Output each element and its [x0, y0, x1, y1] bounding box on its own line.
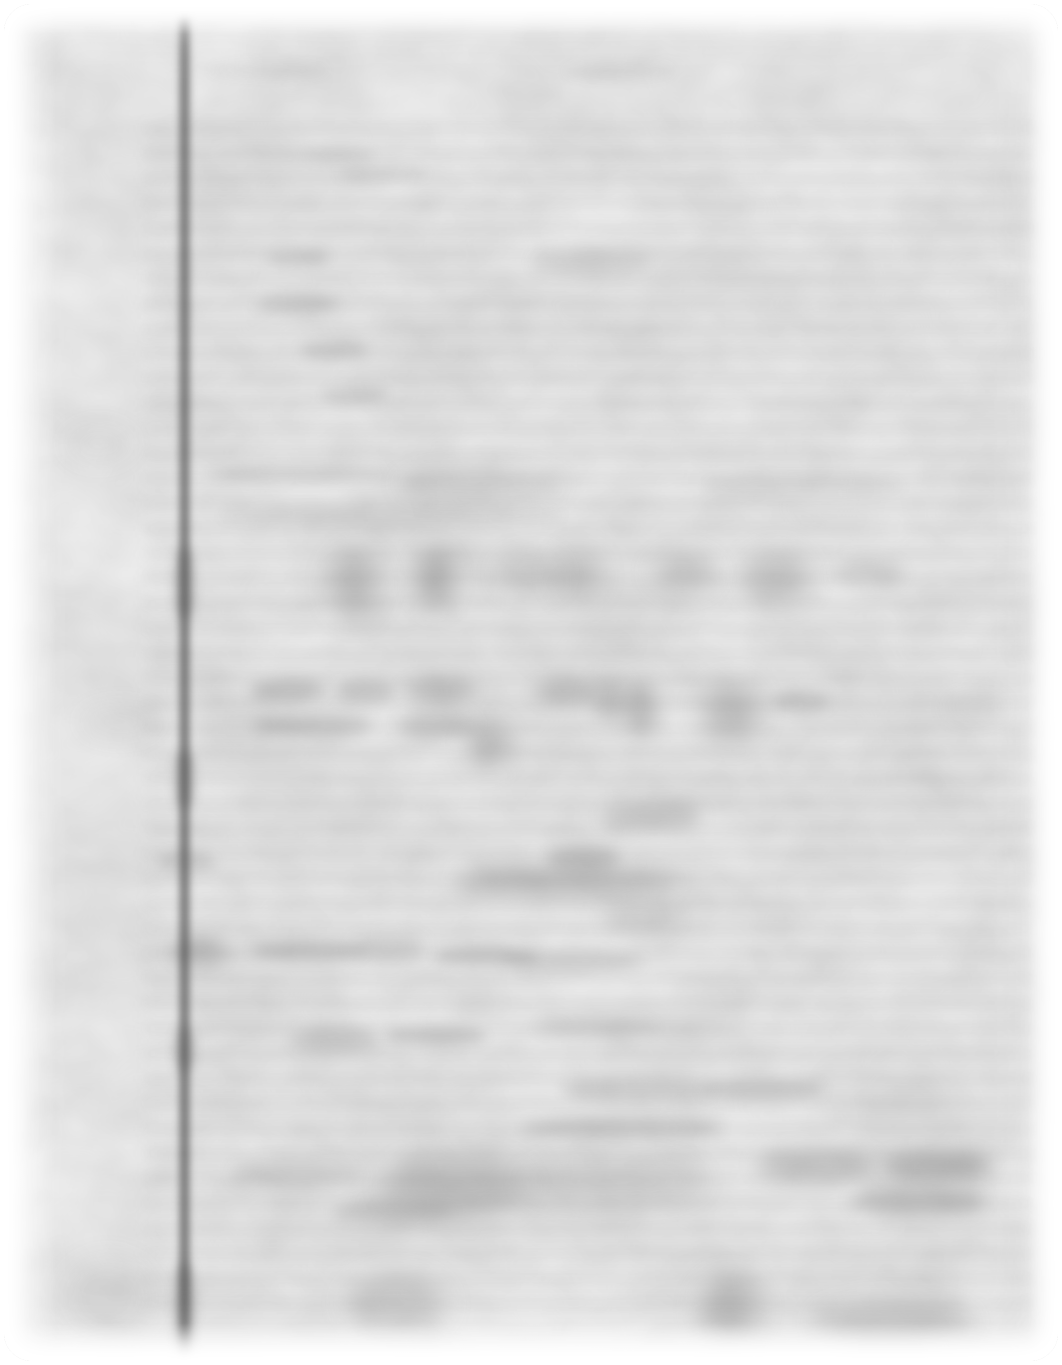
margin-line-dark-knot [176, 752, 193, 807]
margin-rule-line [180, 16, 189, 1361]
margin-line-dark-knot [176, 549, 193, 619]
scanned-document [0, 0, 1062, 1365]
document-page [4, 4, 1058, 1361]
margin-line-layer [4, 4, 1058, 1361]
margin-line-dark-knot [176, 1262, 193, 1361]
margin-line-dark-knot [176, 1027, 193, 1072]
